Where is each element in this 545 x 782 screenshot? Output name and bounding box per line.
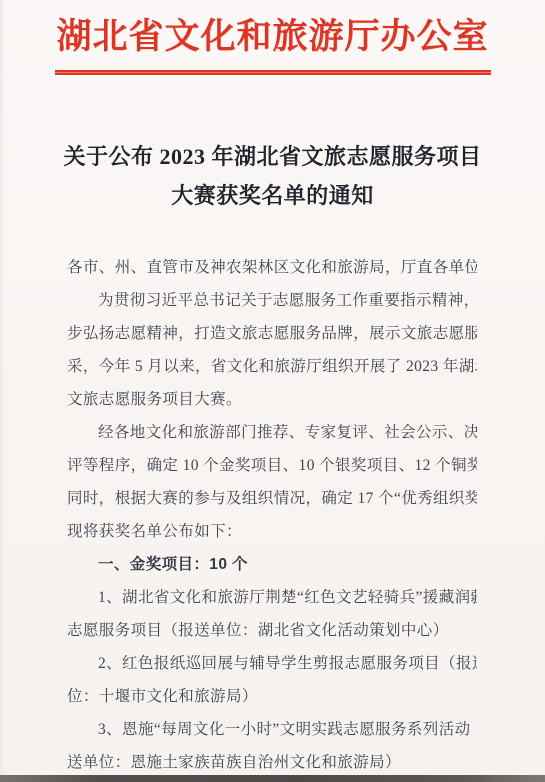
- body-line-item-3: 3、恩施“每周文化一小时”文明实践志愿服务系列活动（报: [67, 713, 477, 746]
- letterhead-office-name: 湖北省文化和旅游厅办公室: [30, 14, 515, 60]
- body-line: 经各地文化和旅游部门推荐、专家复评、社会公示、决赛终: [67, 416, 477, 449]
- body-line-item-1: 1、湖北省文化和旅游厅荆楚“红色文艺轻骑兵”援藏润疆: [67, 581, 477, 614]
- body-line: 志愿服务项目（报送单位：湖北省文化活动策划中心）: [67, 614, 477, 647]
- letterhead: 湖北省文化和旅游厅办公室: [0, 14, 545, 75]
- body-line-item-2: 2、红色报纸巡回展与辅导学生剪报志愿服务项目（报送单: [67, 647, 477, 680]
- document-page: 湖北省文化和旅游厅办公室 关于公布 2023 年湖北省文旅志愿服务项目 大赛获奖…: [0, 0, 545, 782]
- body-line: 位：十堰市文化和旅游局）: [67, 680, 477, 713]
- body-line: 步弘扬志愿精神，打造文旅志愿服务品牌，展示文旅志愿服务风: [67, 317, 477, 350]
- section-heading-gold-awards: 一、金奖项目：10 个: [67, 548, 477, 581]
- document-title: 关于公布 2023 年湖北省文旅志愿服务项目 大赛获奖名单的通知: [0, 137, 545, 215]
- body-line: 文旅志愿服务项目大赛。: [67, 383, 477, 416]
- document-body: 各市、州、直管市及神农架林区文化和旅游局，厅直各单位： 为贯彻习近平总书记关于志…: [67, 251, 477, 779]
- document-title-line-2: 大赛获奖名单的通知: [0, 176, 545, 215]
- body-line: 同时，根据大赛的参与及组织情况，确定 17 个“优秀组织奖”。: [67, 482, 477, 515]
- body-line-salutation: 各市、州、直管市及神农架林区文化和旅游局，厅直各单位：: [67, 251, 477, 284]
- scan-left-edge: [0, 0, 5, 782]
- scan-bottom-edge: [0, 775, 545, 782]
- body-line: 评等程序，确定 10 个金奖项目、10 个银奖项目、12 个铜奖项目。: [67, 449, 477, 482]
- body-line: 采，今年 5 月以来，省文化和旅游厅组织开展了 2023 年湖北省: [67, 350, 477, 383]
- body-line: 为贯彻习近平总书记关于志愿服务工作重要指示精神，进一: [67, 284, 477, 317]
- document-title-line-1: 关于公布 2023 年湖北省文旅志愿服务项目: [0, 137, 545, 176]
- letterhead-red-rule: [55, 70, 491, 75]
- body-line: 现将获奖名单公布如下：: [67, 515, 477, 548]
